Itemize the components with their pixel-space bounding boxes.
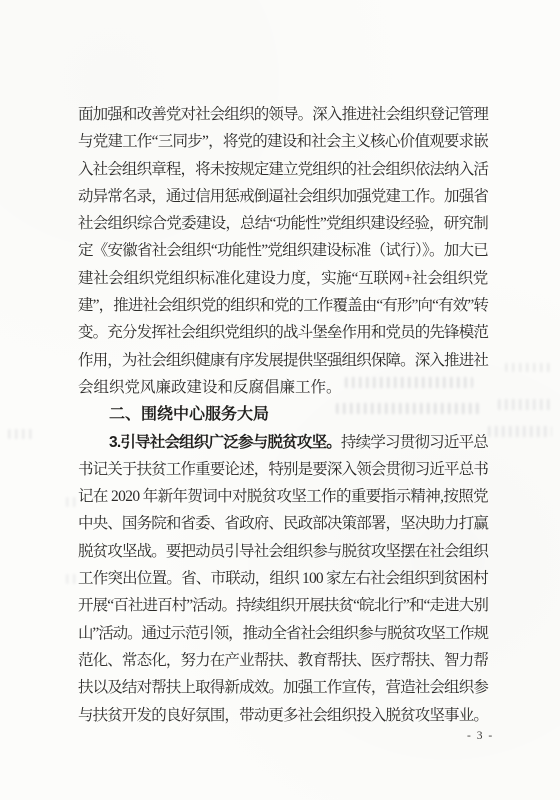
body-line-text: 扶以及结对帮扶上取得新成效。加强工作宣传，营造社会组织参 [78,679,488,696]
body-line-text: 作用，为社会组织健康有序发展提供坚强组织保障。深入推进社 [78,352,488,369]
body-line: 变。充分发挥社会组织党组织的战斗堡垒作用和党员的先锋模范 [78,319,488,346]
body-line-text: 会组织党风廉政建设和反腐倡廉工作。 [78,379,342,396]
body-line: 范化、常态化，努力在产业帮扶、教育帮扶、医疗帮扶、智力帮 [78,647,488,674]
body-line: 书记关于扶贫工作重要论述，特别是要深入领会贯彻习近平总书 [78,456,488,483]
body-line-text: 入社会组织章程，将未按规定建立党组织的社会组织依法纳入活 [78,161,488,178]
body-line-text: 与扶贫开发的良好氛围，带动更多社会组织投入脱贫攻坚事业。 [78,707,488,724]
body-line: 社会组织综合党委建设，总结“功能性”党组织建设经验，研究制 [78,210,488,237]
page-number: - 3 - [467,730,494,742]
paragraph-lead: 3.引导社会组织广泛参与脱贫攻坚。 [109,434,341,451]
body-line: 3.引导社会组织广泛参与脱贫攻坚。持续学习贯彻习近平总 [78,429,488,456]
body-line: 记在 2020 年新年贺词中对脱贫攻坚工作的重要指示精神,按照党 [78,483,488,510]
body-line: 开展“百社进百村”活动。持续组织开展扶贫“皖北行”和“走进大别 [78,592,488,619]
body-line: 中央、国务院和省委、省政府、民政部决策部署，坚决助力打赢 [78,510,488,537]
body-line-text: 动异常名录，通过信用惩戒倒逼社会组织加强党建工作。加强省 [78,188,488,205]
body-line: 工作突出位置。省、市联动，组织 100 家左右社会组织到贫困村 [78,565,488,592]
bleed-through-mark [336,403,480,414]
body-line: 脱贫攻坚战。要把动员引导社会组织参与脱贫攻坚摆在社会组织 [78,538,488,565]
body-line-text: 建社会组织党组织标准化建设力度，实施“互联网+社会组织党 [78,270,488,287]
body-line-text: 定《安徽省社会组织“功能性”党组织建设标准（试行）》。加大已 [78,242,488,259]
body-line-text: 持续学习贯彻习近平总 [341,434,488,451]
body-line-text: 记在 2020 年新年贺词中对脱贫攻坚工作的重要指示精神,按照党 [78,488,488,505]
body-line-text: 面加强和改善党对社会组织的领导。深入推进社会组织登记管理 [78,106,488,123]
body-line: 定《安徽省社会组织“功能性”党组织建设标准（试行）》。加大已 [78,237,488,264]
body-line-text: 书记关于扶贫工作重要论述，特别是要深入领会贯彻习近平总书 [78,461,488,478]
bleed-through-mark [345,377,473,388]
bleed-through-mark [505,363,553,372]
body-line-text: 变。充分发挥社会组织党组织的战斗堡垒作用和党员的先锋模范 [78,324,488,341]
bleed-through-mark [488,426,552,437]
bleed-through-mark [66,497,76,507]
document-page: 面加强和改善党对社会组织的领导。深入推进社会组织登记管理 与党建工作“三同步”，… [0,0,560,800]
body-line: 动异常名录，通过信用惩戒倒逼社会组织加强党建工作。加强省 [78,183,488,210]
body-line: 与扶贫开发的良好氛围，带动更多社会组织投入脱贫攻坚事业。 [78,702,488,729]
bleed-through-mark [498,399,554,410]
bleed-through-mark [8,429,34,439]
body-line: 面加强和改善党对社会组织的领导。深入推进社会组织登记管理 [78,101,488,128]
body-line: 与党建工作“三同步”，将党的建设和社会主义核心价值观要求嵌 [78,128,488,155]
body-line: 建社会组织党组织标准化建设力度，实施“互联网+社会组织党 [78,265,488,292]
body-line-text: 脱贫攻坚战。要把动员引导社会组织参与脱贫攻坚摆在社会组织 [78,543,488,560]
body-line: 作用，为社会组织健康有序发展提供坚强组织保障。深入推进社 [78,347,488,374]
body-line: 入社会组织章程，将未按规定建立党组织的社会组织依法纳入活 [78,156,488,183]
body-line: 扶以及结对帮扶上取得新成效。加强工作宣传，营造社会组织参 [78,674,488,701]
document-body: 面加强和改善党对社会组织的领导。深入推进社会组织登记管理 与党建工作“三同步”，… [78,101,488,729]
body-line-text: 山”活动。通过示范引领，推动全省社会组织参与脱贫攻坚工作规 [78,625,488,642]
body-line-text: 工作突出位置。省、市联动，组织 100 家左右社会组织到贫困村 [78,570,488,587]
body-line-text: 范化、常态化，努力在产业帮扶、教育帮扶、医疗帮扶、智力帮 [78,652,488,669]
bleed-through-mark [66,574,76,584]
body-line: 建”，推进社会组织党的组织和党的工作覆盖由“有形”向“有效”转 [78,292,488,319]
body-line-text: 社会组织综合党委建设，总结“功能性”党组织建设经验，研究制 [78,215,488,232]
section-heading-text: 二、围绕中心服务大局 [109,406,269,423]
body-line-text: 中央、国务院和省委、省政府、民政部决策部署，坚决助力打赢 [78,515,488,532]
body-line: 山”活动。通过示范引领，推动全省社会组织参与脱贫攻坚工作规 [78,620,488,647]
body-line-text: 开展“百社进百村”活动。持续组织开展扶贫“皖北行”和“走进大别 [78,597,488,614]
body-line-text: 与党建工作“三同步”，将党的建设和社会主义核心价值观要求嵌 [78,133,488,150]
body-line-text: 建”，推进社会组织党的组织和党的工作覆盖由“有形”向“有效”转 [78,297,488,314]
